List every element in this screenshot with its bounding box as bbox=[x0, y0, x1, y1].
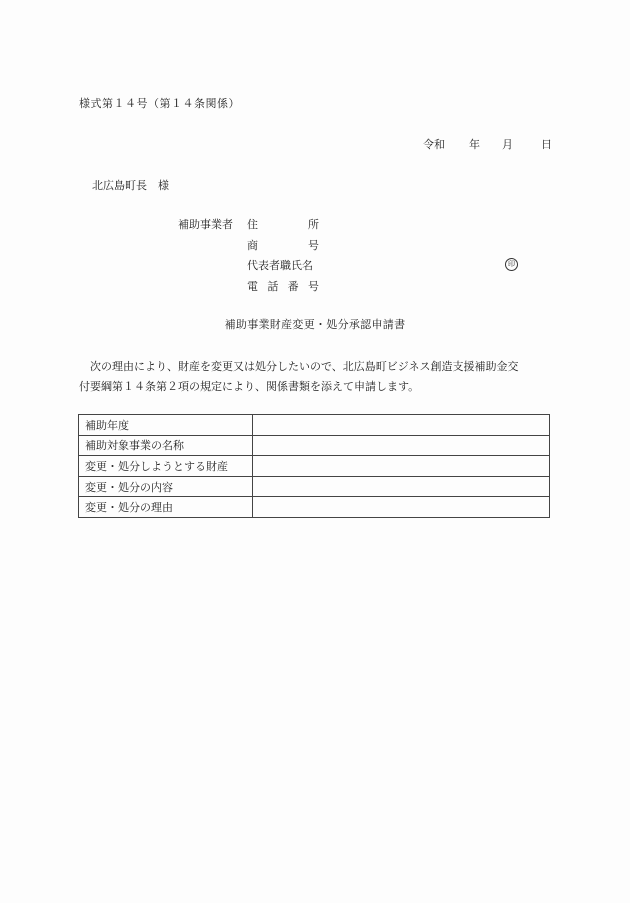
document-title: 補助事業財産変更・処分承認申請書 bbox=[0, 318, 630, 332]
phone-label-part: 電 bbox=[247, 280, 258, 301]
date-year: 年 bbox=[469, 138, 480, 152]
applicant-fields: 住 所 商 号 代表者職氏名 電 話 番 号 bbox=[247, 218, 319, 300]
table-row: 変更・処分しようとする財産 bbox=[79, 456, 550, 477]
row-label: 補助年度 bbox=[79, 415, 253, 436]
trade-name-label: 商 号 bbox=[247, 239, 319, 260]
date-era: 令和 bbox=[423, 138, 445, 152]
phone-label: 電 話 番 号 bbox=[247, 280, 319, 301]
phone-label-part: 話 bbox=[267, 280, 278, 301]
row-label: 変更・処分の理由 bbox=[79, 497, 253, 518]
row-label: 補助対象事業の名称 bbox=[79, 435, 253, 456]
date-month: 月 bbox=[502, 138, 513, 152]
row-value-field[interactable] bbox=[253, 497, 550, 518]
row-label: 変更・処分の内容 bbox=[79, 476, 253, 497]
date-line: 令和年月日 bbox=[423, 138, 552, 152]
row-label: 変更・処分しようとする財産 bbox=[79, 456, 253, 477]
table-row: 変更・処分の理由 bbox=[79, 497, 550, 518]
addressee: 北広島町長 様 bbox=[92, 179, 169, 193]
address-label-part: 所 bbox=[308, 218, 319, 239]
body-line-2: 付要綱第１４条第２項の規定により、関係書類を添えて申請します。 bbox=[79, 377, 551, 397]
table-row: 補助対象事業の名称 bbox=[79, 435, 550, 456]
phone-label-part: 号 bbox=[308, 280, 319, 301]
body-line-1: 次の理由により、財産を変更又は処分したいので、北広島町ビジネス創造支援補助金交 bbox=[79, 357, 551, 377]
seal-icon: 印 bbox=[505, 258, 518, 271]
address-label-part: 住 bbox=[247, 218, 258, 239]
row-value-field[interactable] bbox=[253, 435, 550, 456]
application-table: 補助年度 補助対象事業の名称 変更・処分しようとする財産 変更・処分の内容 変更… bbox=[78, 414, 550, 518]
table-row: 補助年度 bbox=[79, 415, 550, 436]
address-label: 住 所 bbox=[247, 218, 319, 239]
row-value-field[interactable] bbox=[253, 415, 550, 436]
trade-name-label-part: 商 bbox=[247, 239, 258, 260]
row-value-field[interactable] bbox=[253, 476, 550, 497]
date-day: 日 bbox=[541, 138, 552, 152]
table-row: 変更・処分の内容 bbox=[79, 476, 550, 497]
applicant-label: 補助事業者 bbox=[178, 218, 233, 232]
row-value-field[interactable] bbox=[253, 456, 550, 477]
representative-label: 代表者職氏名 bbox=[247, 259, 313, 280]
trade-name-label-part: 号 bbox=[308, 239, 319, 260]
phone-label-part: 番 bbox=[288, 280, 299, 301]
body-text: 次の理由により、財産を変更又は処分したいので、北広島町ビジネス創造支援補助金交 … bbox=[79, 357, 551, 397]
form-number: 様式第１４号（第１４条関係） bbox=[79, 97, 240, 111]
